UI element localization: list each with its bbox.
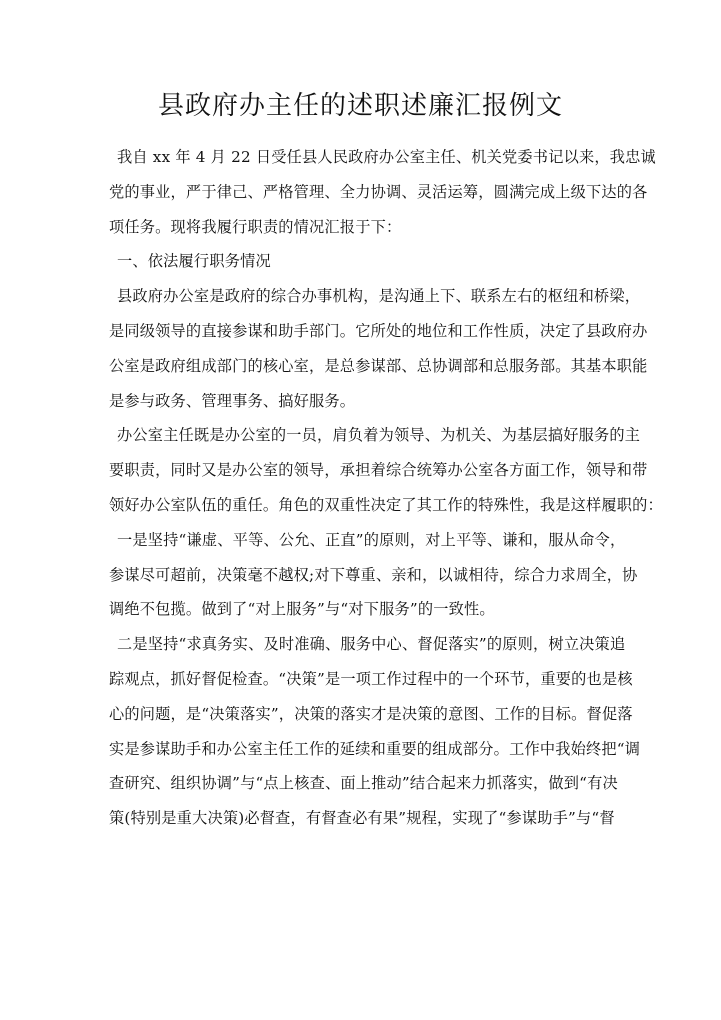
text-line: 实是参谋助手和办公室主任工作的延续和重要的组成部分。工作中我始终把“调: [109, 737, 614, 772]
text-line: 党的事业，严于律己、严格管理、全力协调、灵活运筹，圆满完成上级下达的各: [109, 180, 614, 215]
text-line: 要职责，同时又是办公室的领导，承担着综合统筹办公室各方面工作，领导和带: [109, 458, 614, 493]
section-heading: 一、依法履行职务情况: [109, 249, 614, 284]
text-line: 我自 xx 年 4 月 22 日受任县人民政府办公室主任、机关党委书记以来，我忠…: [109, 145, 614, 180]
text-line: 查研究、组织协调”与“点上核查、面上推动”结合起来力抓落实，做到“有决: [109, 771, 614, 806]
text-line: 项任务。现将我履行职责的情况汇报于下：: [109, 215, 614, 250]
document-page: 县政府办主任的述职述廉汇报例文 我自 xx 年 4 月 22 日受任县人民政府办…: [0, 0, 721, 1020]
text-line: 心的问题，是“决策落实”，决策的落实才是决策的意图、工作的目标。督促落: [109, 702, 614, 737]
text-line: 县政府办公室是政府的综合办事机构，是沟通上下、联系左右的枢纽和桥梁，: [109, 284, 614, 319]
text-line: 一是坚持“谦虚、平等、公允、正直”的原则，对上平等、谦和，服从命令，: [109, 528, 614, 563]
text-line: 参谋尽可超前，决策毫不越权;对下尊重、亲和，以诚相待，综合力求周全，协: [109, 563, 614, 598]
document-title: 县政府办主任的述职述廉汇报例文: [0, 88, 721, 124]
text-line: 二是坚持“求真务实、及时准确、服务中心、督促落实”的原则，树立决策追: [109, 632, 614, 667]
text-line: 踪观点，抓好督促检查。“决策”是一项工作过程中的一个环节，重要的也是核: [109, 667, 614, 702]
text-line: 公室是政府组成部门的核心室，是总参谋部、总协调部和总服务部。其基本职能: [109, 354, 614, 389]
text-line: 办公室主任既是办公室的一员，肩负着为领导、为机关、为基层搞好服务的主: [109, 423, 614, 458]
text-line: 策(特别是重大决策)必督查，有督查必有果”规程，实现了“参谋助手”与“督: [109, 806, 614, 841]
document-body: 我自 xx 年 4 月 22 日受任县人民政府办公室主任、机关党委书记以来，我忠…: [109, 145, 614, 841]
text-line: 领好办公室队伍的重任。角色的双重性决定了其工作的特殊性，我是这样履职的：: [109, 493, 614, 528]
text-line: 是参与政务、管理事务、搞好服务。: [109, 389, 614, 424]
text-line: 调绝不包揽。做到了“对上服务”与“对下服务”的一致性。: [109, 597, 614, 632]
text-line: 是同级领导的直接参谋和助手部门。它所处的地位和工作性质，决定了县政府办: [109, 319, 614, 354]
